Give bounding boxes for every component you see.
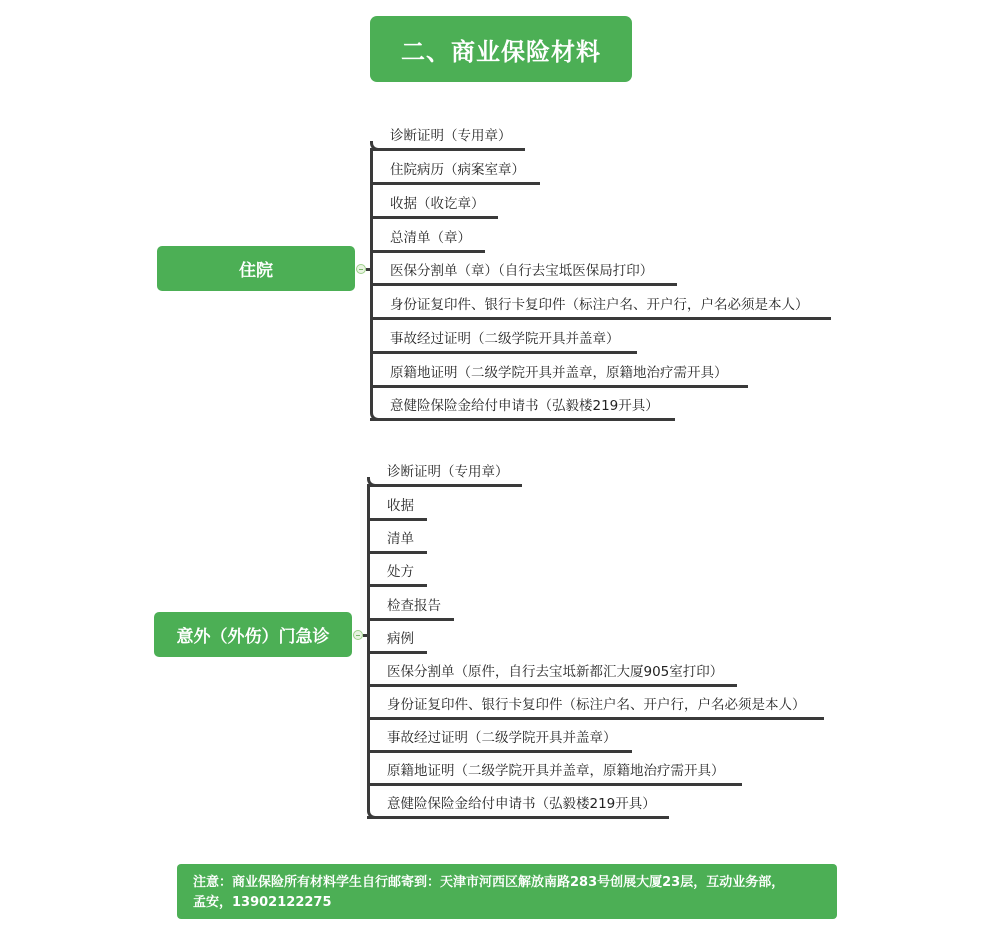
branch-label: 处方 (387, 560, 414, 580)
branch-item[interactable]: 病例 (367, 620, 427, 654)
branch-item[interactable]: 事故经过证明（二级学院开具并盖章） (370, 320, 637, 354)
branch-label: 诊断证明（专用章） (390, 124, 512, 144)
branch-label: 原籍地证明（二级学院开具并盖章，原籍地治疗需开具） (390, 361, 728, 381)
branch-label: 检查报告 (387, 594, 441, 614)
branch-item[interactable]: 处方 (367, 553, 427, 587)
branch-label: 原籍地证明（二级学院开具并盖章，原籍地治疗需开具） (387, 759, 725, 779)
branch-item[interactable]: 收据（收讫章） (370, 185, 498, 219)
branch-item[interactable]: 事故经过证明（二级学院开具并盖章） (367, 719, 632, 753)
root-node-outpatient-injury[interactable]: 意外（外伤）门急诊 (154, 612, 352, 657)
mindmap-title: 二、商业保险材料 (370, 16, 632, 82)
branch-item[interactable]: 原籍地证明（二级学院开具并盖章，原籍地治疗需开具） (367, 752, 742, 786)
collapse-toggle-icon[interactable] (356, 264, 366, 274)
branch-item[interactable]: 总清单（章） (370, 219, 485, 253)
branch-label: 医保分割单（章）（自行去宝坻医保局打印） (390, 259, 653, 279)
branch-label: 意健险保险金给付申请书（弘毅楼219开具） (387, 792, 656, 812)
branch-label: 医保分割单（原件，自行去宝坻新都汇大厦905室打印） (387, 660, 723, 680)
branch-item[interactable]: 清单 (367, 520, 427, 554)
branch-item[interactable]: 原籍地证明（二级学院开具并盖章，原籍地治疗需开具） (370, 354, 748, 388)
branch-label: 病例 (387, 627, 414, 647)
branch-label: 收据（收讫章） (390, 192, 485, 212)
branch-item[interactable]: 身份证复印件、银行卡复印件（标注户名、开户行，户名必须是本人） (370, 286, 831, 320)
branch-label: 意健险保险金给付申请书（弘毅楼219开具） (390, 394, 659, 414)
branch-item[interactable]: 身份证复印件、银行卡复印件（标注户名、开户行，户名必须是本人） (367, 686, 824, 720)
branch-item[interactable]: 意健险保险金给付申请书（弘毅楼219开具） (367, 785, 669, 819)
branch-label: 总清单（章） (390, 226, 471, 246)
branch-item[interactable]: 医保分割单（原件，自行去宝坻新都汇大厦905室打印） (367, 653, 737, 687)
branch-label: 事故经过证明（二级学院开具并盖章） (390, 327, 620, 347)
branch-item[interactable]: 收据 (367, 487, 427, 521)
branch-item[interactable]: 检查报告 (367, 587, 454, 621)
branch-label: 清单 (387, 527, 414, 547)
branch-item[interactable]: 意健险保险金给付申请书（弘毅楼219开具） (370, 387, 675, 421)
branch-label: 住院病历（病案室章） (390, 158, 525, 178)
branch-item[interactable]: 医保分割单（章）（自行去宝坻医保局打印） (370, 252, 677, 286)
root-node-hospitalization[interactable]: 住院 (157, 246, 355, 291)
branch-item[interactable]: 住院病历（病案室章） (370, 151, 540, 185)
notice-box: 注意：商业保险所有材料学生自行邮寄到：天津市河西区解放南路283号创展大厦23层… (177, 864, 837, 919)
branch-label: 诊断证明（专用章） (387, 460, 509, 480)
collapse-toggle-icon[interactable] (353, 630, 363, 640)
branch-label: 收据 (387, 494, 414, 514)
branch-item[interactable]: 诊断证明（专用章） (367, 453, 522, 487)
notice-line-1: 注意：商业保险所有材料学生自行邮寄到：天津市河西区解放南路283号创展大厦23层… (193, 873, 821, 893)
notice-line-2: 孟安，13902122275 (193, 893, 821, 913)
branch-label: 身份证复印件、银行卡复印件（标注户名、开户行，户名必须是本人） (390, 293, 809, 313)
branch-label: 事故经过证明（二级学院开具并盖章） (387, 726, 617, 746)
branch-label: 身份证复印件、银行卡复印件（标注户名、开户行，户名必须是本人） (387, 693, 806, 713)
branch-item[interactable]: 诊断证明（专用章） (370, 117, 525, 151)
